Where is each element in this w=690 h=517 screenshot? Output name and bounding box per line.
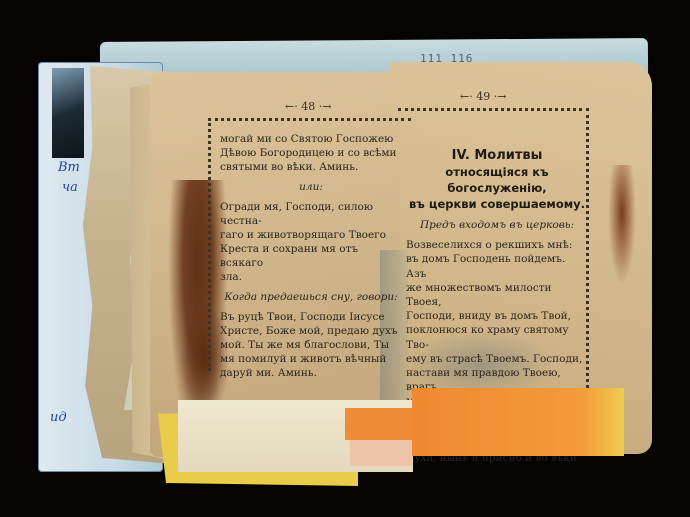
text-line: даруй ми. Аминь.	[220, 366, 402, 380]
section-heading: относящіяся къ богослуженію,	[406, 164, 588, 196]
text-line: въ домъ Господень пойдемъ. Азъ	[406, 252, 588, 280]
water-stain	[608, 165, 636, 285]
plastic-reflection	[52, 68, 84, 158]
text-line: поклонюся ко храму святому Тво-	[406, 323, 588, 351]
text-line: Господи, вниду въ домъ Твой,	[406, 309, 588, 323]
handwriting-fragment: ча	[62, 180, 78, 195]
orange-tape	[412, 388, 624, 456]
pink-tape	[350, 440, 412, 466]
section-heading: въ церкви совершаемому.	[406, 196, 588, 212]
or-label: или:	[220, 180, 402, 194]
text-line: зла.	[220, 270, 402, 284]
text-line: мя помилуй и животъ вѣчный	[220, 352, 402, 366]
text-line: Креста и сохрани мя отъ всякаго	[220, 242, 402, 270]
sleep-label: Когда предаешься сну, говори:	[220, 290, 402, 304]
page-number-right: ←· 49 ·→	[460, 90, 506, 103]
text-line: святыми во вѣки. Аминь.	[220, 160, 402, 174]
text-line: Христе, Боже мой, предаю духъ	[220, 324, 402, 338]
text-line: могай ми со Святою Госпожею	[220, 132, 402, 146]
text-line: Огради мя, Господи, силою честна-	[220, 200, 402, 228]
text-line: ему въ страсѣ Твоемъ. Господи,	[406, 352, 588, 366]
orange-tape-small	[345, 408, 413, 440]
handwriting-fragment: Вт	[58, 160, 80, 175]
subheading: Предъ входомъ въ церковь:	[406, 218, 588, 232]
handwriting-fragment: ид	[50, 410, 67, 425]
text-line: Возвеселихся о рекшихъ мнѣ:	[406, 238, 588, 252]
text-line: мой. Ты же мя благослови, Ты	[220, 338, 402, 352]
text-line: гаго и животворящаго Твоего	[220, 228, 402, 242]
page-number-left: ←· 48 ·→	[285, 100, 331, 113]
left-page-text: могай ми со Святою Госпожею Дѣвою Богоро…	[220, 132, 402, 380]
section-heading: IV. Молитвы	[406, 148, 588, 164]
text-line: же множествомъ милости Твоея,	[406, 281, 588, 309]
text-line: Дѣвою Богородицею и со всѣми	[220, 146, 402, 160]
text-line: Въ руцѣ Твои, Господи Іисусе	[220, 310, 402, 324]
